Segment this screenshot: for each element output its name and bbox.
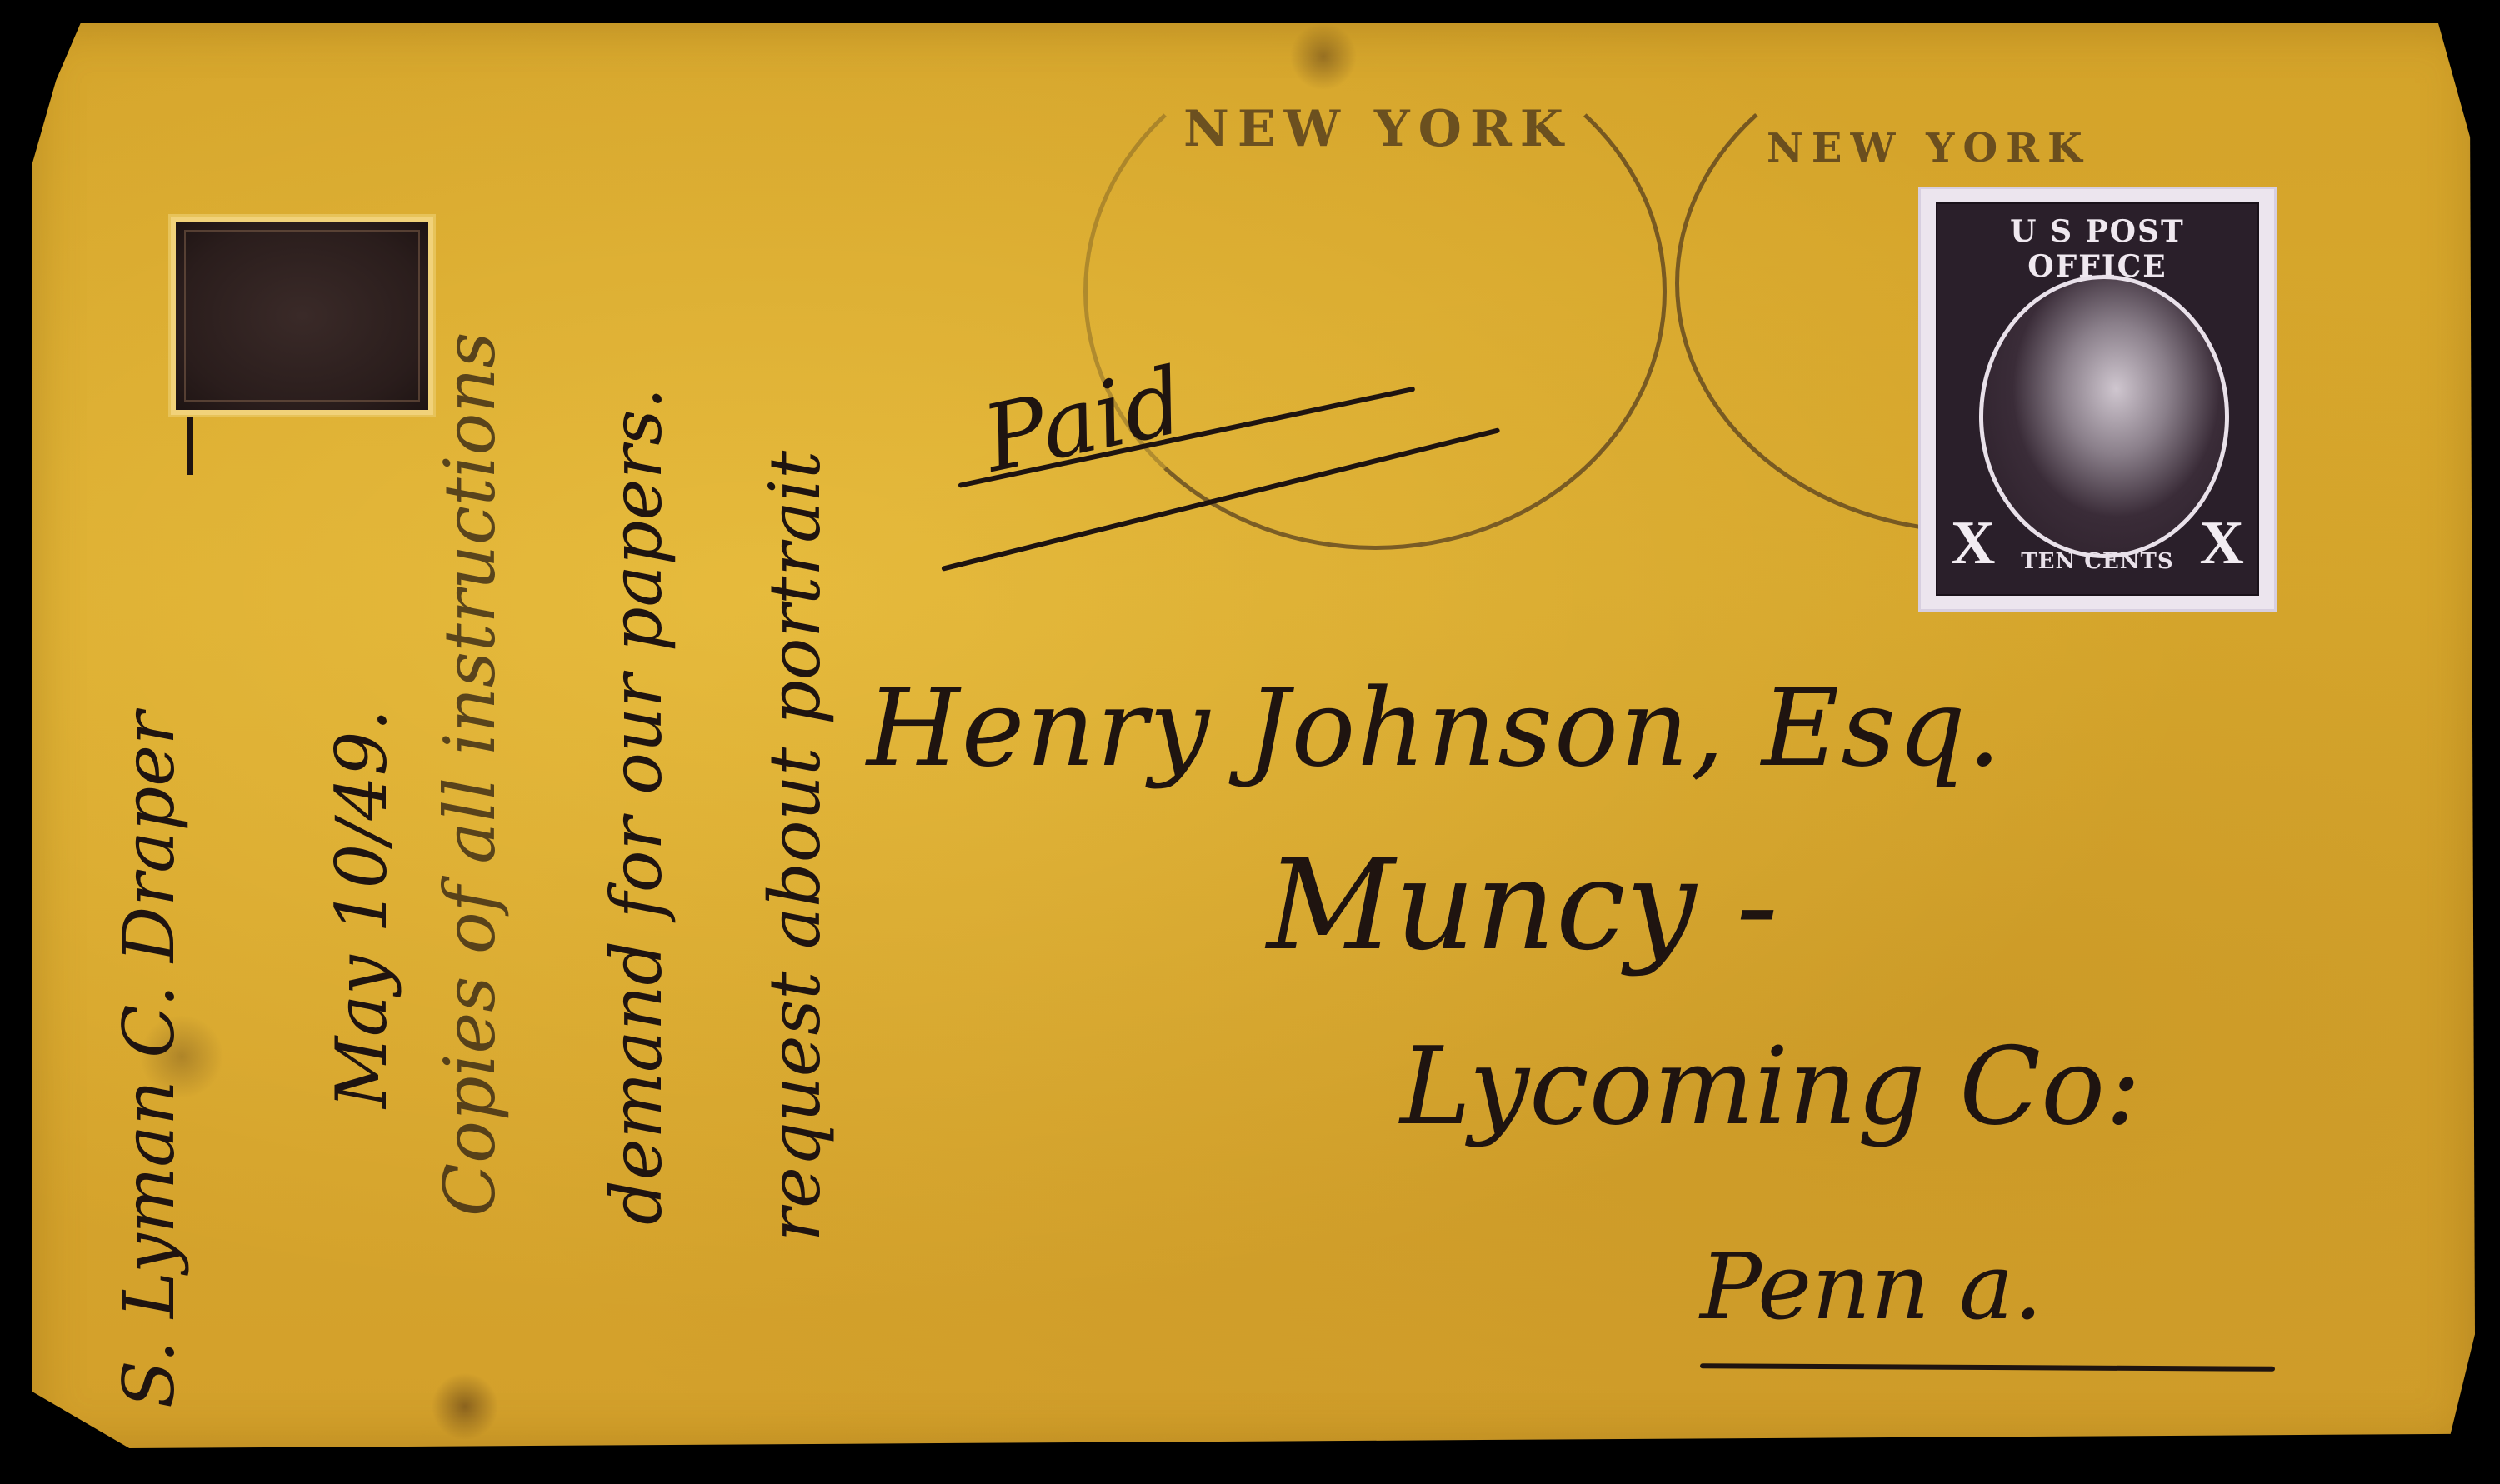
left-label-stamp: [171, 217, 433, 415]
stamp-top-text: U S POST OFFICE: [1937, 214, 2257, 284]
docket-rule: [187, 417, 192, 475]
address-line-county: Lycoming Co:: [1400, 1025, 2141, 1149]
docket-line-5: request about portrait: [754, 451, 836, 1242]
postage-stamp: U S POST OFFICE X X TEN CENTS: [1918, 187, 2277, 612]
address-line-state: Penn a.: [1700, 1233, 2042, 1340]
postmark-text-right: NEW YORK: [1767, 125, 2091, 172]
postmark-text-left: NEW YORK: [1183, 100, 1572, 158]
left-stamp-frame: [184, 230, 420, 402]
docket-line-4: demand for our papers.: [596, 387, 677, 1225]
address-line-town: Muncy -: [1267, 833, 1778, 978]
address-line-name: Henry Johnson, Esq.: [867, 667, 2003, 791]
docket-line-sender: S. Lyman C. Draper: [108, 712, 190, 1408]
washington-portrait: [1979, 275, 2229, 558]
stamp-frame: U S POST OFFICE X X TEN CENTS: [1936, 202, 2259, 596]
docket-line-3: Copies of all instructions: [429, 332, 511, 1217]
stamp-value-text: TEN CENTS: [1937, 549, 2257, 574]
docket-line-date: May 10/49.: [321, 709, 402, 1108]
